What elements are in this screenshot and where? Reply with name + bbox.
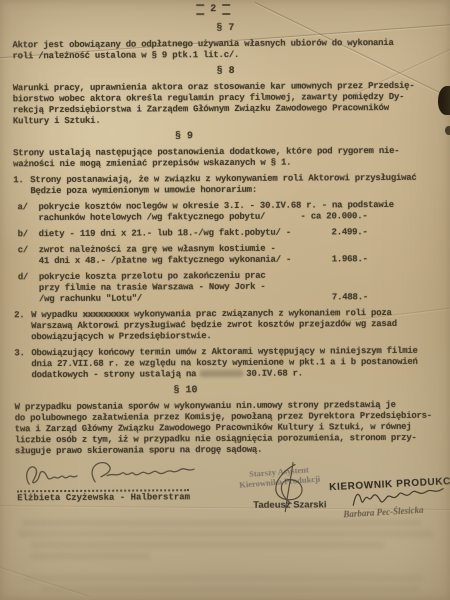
amount-value: 1.968.- [332, 254, 368, 265]
document-line: sługuje prawo skierowania sporu na drogę… [15, 444, 441, 458]
section-heading-9: § 9 [0, 130, 397, 145]
document-line: roli /należność ustalona w § 9 ptk.1 lit… [12, 49, 438, 63]
amount-value: - ca 20.000.- [300, 211, 367, 222]
signature-block: Elżbieta Czyżewska - Halberstram Starszy… [15, 461, 442, 548]
subitem-b: b/ diety - 119 dni x 21.- lub 18.-/wg fa… [18, 227, 440, 241]
document-line: obowiązujących w Przedsiębiorstwie. [31, 330, 440, 343]
document-line: /wg rachunku "Lotu"/ [39, 294, 142, 305]
amount-value: 7.488.- [332, 292, 368, 303]
subitem-d: d/ pokrycie koszta przelotu po zakończen… [18, 270, 440, 306]
document-line: ważności nie mogą zmieniać przepisów wsk… [13, 157, 439, 171]
scanned-contract-page: 2 § 7 Aktor jest obowiązany do odpłatneg… [0, 0, 450, 600]
page-number-row: 2 [0, 3, 426, 17]
item-number: 3. [14, 348, 31, 381]
numbered-item-1: 1. Strony postanawiają, że w związku z w… [13, 173, 439, 198]
amount-value: 2.499.- [331, 227, 367, 238]
date-value: 30.IV.68 r. [246, 369, 303, 379]
section-heading-10: § 10 [0, 384, 399, 399]
numbered-item-2: 2. W wypadku xxxxxxxxx wykonywania prac … [14, 308, 440, 344]
item-number: 1. [13, 175, 30, 197]
item-number: 2. [14, 310, 31, 343]
document-line: wykonywania prac związanych z wykonaniem… [129, 308, 392, 320]
numbered-item-3: 3. Obowiązujący końcowy termin umów z Ak… [14, 346, 440, 382]
document-line: rachunków hotelowych /wg faktycznego pob… [38, 212, 265, 223]
overstruck-word: xxxxxxxxx [83, 310, 129, 321]
section-heading-8: § 8 [13, 65, 439, 80]
document-line: Kultury i Sztuki. [13, 114, 439, 128]
erased-text-smudge [199, 370, 243, 377]
document-line: 41 dni x 48.- /płatne wg faktycznego wyk… [39, 255, 291, 267]
page-number: 2 [210, 4, 216, 15]
page-ornament-icon [196, 4, 204, 15]
signatory-name-left: Elżbieta Czyżewska - Halberstram [17, 492, 190, 503]
subitem-label: b/ [18, 229, 39, 240]
section-heading-7: § 7 [12, 22, 438, 37]
section-7-paragraph: Aktor jest obowiązany do odpłatnego używ… [12, 38, 438, 63]
section-8-paragraph: Warunki pracy, uprawnienia aktora oraz s… [13, 81, 439, 128]
signatory-name-middle: Tadeusz Szarski [253, 499, 326, 510]
document-line: dodatkowych - strony ustalają na [31, 369, 196, 380]
subitem-a: a/ pokrycie kosztów noclegów w okresie 3… [17, 200, 439, 225]
subitem-c: c/ zwrot należności za grę we własnym ko… [18, 243, 440, 268]
subitem-label: a/ [17, 202, 38, 224]
section-9-intro: Strony ustalają następujące postanowieni… [13, 146, 439, 171]
document-line: W wypadku [31, 310, 83, 320]
subitem-label: d/ [18, 272, 39, 305]
page-ornament-icon [222, 4, 230, 15]
subitem-label: c/ [18, 245, 39, 267]
document-line: Będzie poza wymienionym w umowie honorar… [30, 184, 439, 197]
document-line: diety - 119 dni x 21.- lub 18.-/wg fakt.… [39, 228, 291, 240]
section-10-paragraph: W przypadku powstania sporów w wykonywan… [15, 400, 441, 458]
